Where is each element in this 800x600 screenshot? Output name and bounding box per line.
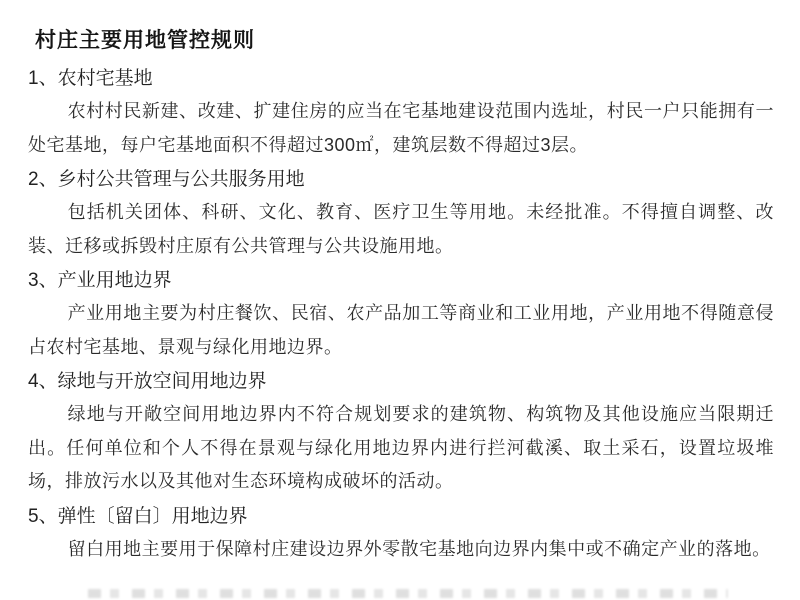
section-body: 包括机关团体、科研、文化、教育、医疗卫生等用地。未经批准。不得擅自调整、改装、迁…	[28, 196, 774, 263]
section-heading: 5、弹性〔留白〕用地边界	[28, 501, 774, 533]
cropped-text-artifact	[88, 589, 728, 598]
section-4: 4、绿地与开放空间用地边界 绿地与开敞空间用地边界内不符合规划要求的建筑物、构筑…	[28, 366, 774, 499]
section-body: 农村村民新建、改建、扩建住房的应当在宅基地建设范围内选址，村民一户只能拥有一处宅…	[28, 95, 774, 162]
document-page: 村庄主要用地管控规则 1、农村宅基地 农村村民新建、改建、扩建住房的应当在宅基地…	[0, 0, 800, 600]
section-2: 2、乡村公共管理与公共服务用地 包括机关团体、科研、文化、教育、医疗卫生等用地。…	[28, 164, 774, 263]
section-body: 留白用地主要用于保障村庄建设边界外零散宅基地向边界内集中或不确定产业的落地。	[28, 533, 774, 567]
section-1: 1、农村宅基地 农村村民新建、改建、扩建住房的应当在宅基地建设范围内选址，村民一…	[28, 63, 774, 162]
section-heading: 3、产业用地边界	[28, 265, 774, 297]
section-3: 3、产业用地边界 产业用地主要为村庄餐饮、民宿、农产品加工等商业和工业用地，产业…	[28, 265, 774, 364]
section-5: 5、弹性〔留白〕用地边界 留白用地主要用于保障村庄建设边界外零散宅基地向边界内集…	[28, 501, 774, 567]
section-heading: 1、农村宅基地	[28, 63, 774, 95]
section-body: 产业用地主要为村庄餐饮、民宿、农产品加工等商业和工业用地，产业用地不得随意侵占农…	[28, 297, 774, 364]
page-title: 村庄主要用地管控规则	[35, 26, 774, 54]
section-heading: 4、绿地与开放空间用地边界	[28, 366, 774, 398]
section-body: 绿地与开敞空间用地边界内不符合规划要求的建筑物、构筑物及其他设施应当限期迁出。任…	[28, 398, 774, 499]
section-heading: 2、乡村公共管理与公共服务用地	[28, 164, 774, 196]
